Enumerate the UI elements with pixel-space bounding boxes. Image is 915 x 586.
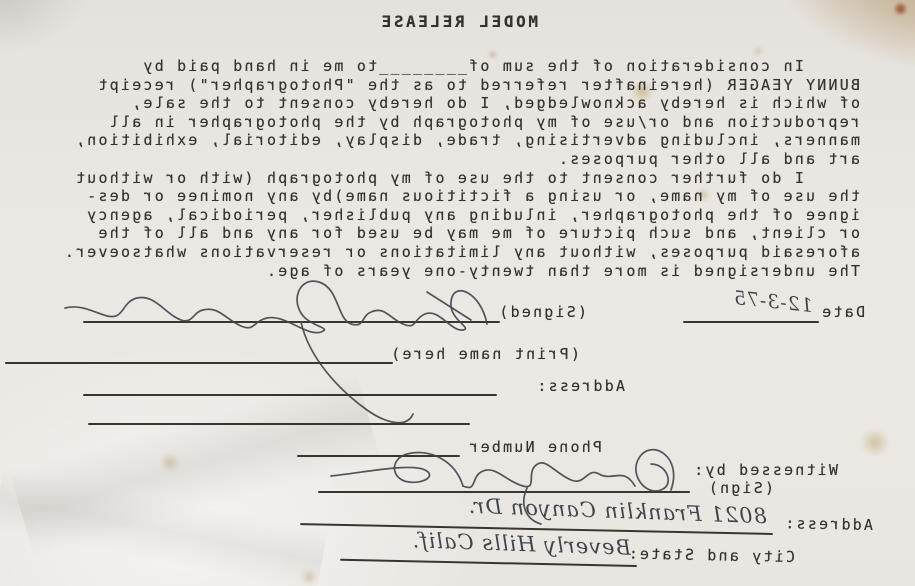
sign-label: (Sign) — [707, 479, 774, 497]
witness-address-label: Address: — [783, 514, 873, 534]
rust-spot — [894, 3, 907, 15]
typed-line: the use of my name, or using a fictitiou… — [63, 187, 860, 206]
stain — [299, 570, 319, 584]
photo-of-model-release-form: MODEL RELEASE In consideration of the su… — [0, 0, 915, 586]
address-label: Address: — [535, 377, 625, 395]
print-name-line — [5, 362, 393, 364]
typed-line: art and all other purposes. — [63, 150, 860, 169]
city-state-line — [340, 559, 637, 567]
typed-line: manners, including advertising, trade, d… — [63, 131, 860, 150]
document-title: MODEL RELEASE — [379, 12, 538, 31]
date-line — [683, 321, 819, 323]
address-line — [83, 394, 497, 396]
typed-line: aforesaid purposes, without any limitati… — [63, 243, 860, 262]
date-value: 12-3-75 — [732, 287, 814, 317]
typed-line: of which is hereby acknowledged, I do he… — [63, 94, 860, 113]
signed-label: (Signed) — [497, 303, 587, 321]
print-name-label: (Print name here) — [389, 345, 580, 363]
typed-line: ignee of the photographer, inluding any … — [63, 206, 860, 225]
stain — [159, 454, 181, 471]
typed-line: In consideration of the sum of________to… — [63, 57, 860, 76]
paper-sheet: MODEL RELEASE In consideration of the su… — [0, 0, 915, 586]
typed-line: I do further consent to the use of my ph… — [63, 169, 860, 188]
city-state-value: Beverly Hills Calif. — [412, 528, 632, 560]
witnessed-by-label: Witnessed by: — [692, 461, 838, 479]
stain — [751, 46, 765, 56]
date-label: Date — [820, 303, 865, 321]
stain — [859, 430, 891, 455]
body-text: In consideration of the sum of________to… — [63, 57, 860, 280]
typed-line: reproduction and or/use of my photograph… — [63, 113, 860, 132]
typed-line: or client, and such picture of me may be… — [63, 224, 860, 243]
paper-crease — [0, 467, 328, 586]
typed-line: BUNNY YEAGER (hereinafter referred to as… — [63, 76, 860, 95]
city-state-label: City and State: — [626, 544, 795, 566]
address-line-2 — [88, 423, 470, 425]
